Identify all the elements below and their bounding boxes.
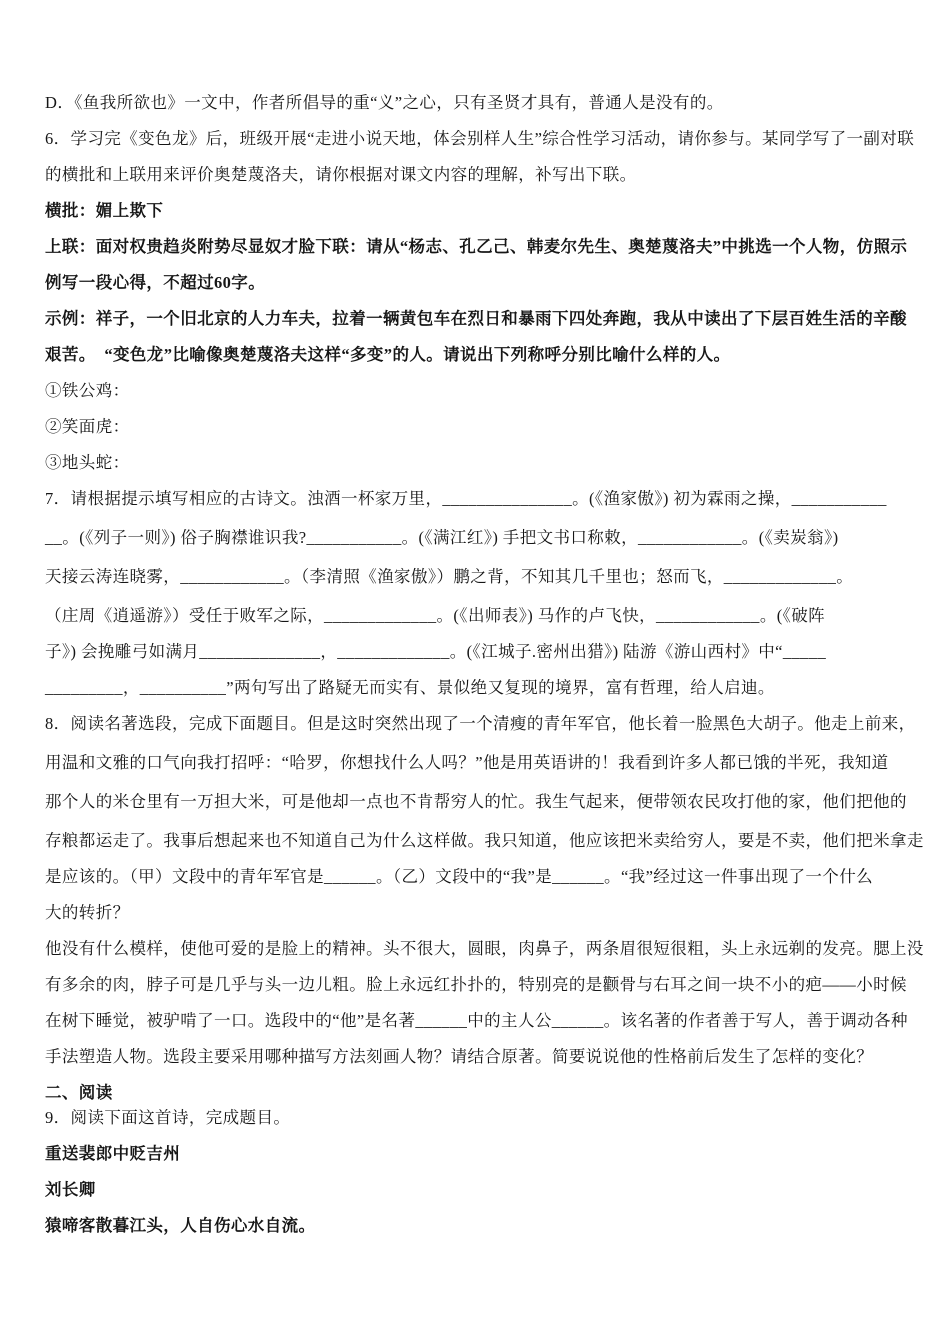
- q8-line-9: 在树下睡觉，被驴啃了一口。选段中的“他”是名著______中的主人公______…: [45, 1003, 920, 1039]
- q8-line-3: 那个人的米仓里有一万担大米，可是他却一点也不肯帮穷人的忙。我生气起来，便带领农民…: [45, 784, 920, 820]
- q8-line-2: 用温和文雅的口气向我打招呼：“哈罗，你想找什么人吗？”他是用英语讲的！我看到许多…: [45, 745, 920, 781]
- exam-page: D．《鱼我所欲也》一文中，作者所倡导的重“义”之心，只有圣贤才具有，普通人是没有…: [0, 0, 950, 1344]
- q6-hengpi: 横批：媚上欺下: [45, 193, 920, 229]
- q7-line-3: 天接云涛连晓雾，____________。（李清照《渔家傲》）鹏之背，不知其几千…: [45, 559, 920, 595]
- q6-stem-line-1: 6．学习完《变色龙》后，班级开展“走进小说天地，体会别样人生”综合性学习活动，请…: [45, 121, 920, 157]
- option-d: D．《鱼我所欲也》一文中，作者所倡导的重“义”之心，只有圣贤才具有，普通人是没有…: [45, 85, 920, 121]
- poem-title: 重送裴郎中贬吉州: [45, 1136, 920, 1172]
- poem-line-1: 猿啼客散暮江头，人自伤心水自流。: [45, 1208, 920, 1244]
- q8-line-10: 手法塑造人物。选段主要采用哪种描写方法刻画人物？请结合原著。简要说说他的性格前后…: [45, 1039, 920, 1075]
- q7-line-2: __。(《列子一则》) 俗子胸襟谁识我?___________。(《满江红》) …: [45, 520, 920, 556]
- exam-content: D．《鱼我所欲也》一文中，作者所倡导的重“义”之心，只有圣贤才具有，普通人是没有…: [45, 85, 920, 1244]
- q7-line-1: 7．请根据提示填写相应的古诗文。浊酒一杯家万里，_______________。…: [45, 481, 920, 517]
- q9-stem: 9．阅读下面这首诗，完成题目。: [45, 1100, 920, 1136]
- q7-line-5: 子》) 会挽雕弓如满月______________，_____________。…: [45, 634, 920, 670]
- q6-item-1: ①铁公鸡：: [45, 373, 920, 409]
- q7-line-4: （庄周《逍遥游》）受任于败军之际，_____________。(《出师表》) 马…: [45, 598, 920, 634]
- q6-item-2: ②笑面虎：: [45, 409, 920, 445]
- q6-shanglian-line-2: 例写一段心得，不超过60字。: [45, 265, 920, 301]
- q8-line-8: 有多余的肉，脖子可是几乎与头一边儿粗。脸上永远红扑扑的，特别亮的是颧骨与右耳之间…: [45, 967, 920, 1003]
- q8-line-5: 是应该的。（甲）文段中的青年军官是______。（乙）文段中的“我”是_____…: [45, 859, 920, 895]
- q8-line-1: 8．阅读名著选段，完成下面题目。但是这时突然出现了一个清瘦的青年军官，他长着一脸…: [45, 706, 920, 742]
- q8-line-4: 存粮都运走了。我事后想起来也不知道自己为什么这样做。我只知道，他应该把米卖给穷人…: [45, 823, 920, 859]
- q6-stem-line-2: 的横批和上联用来评价奥楚蔑洛夫，请你根据对课文内容的理解，补写出下联。: [45, 157, 920, 193]
- q6-example-line-1: 示例：祥子，一个旧北京的人力车夫，拉着一辆黄包车在烈日和暴雨下四处奔跑，我从中读…: [45, 301, 920, 337]
- q8-line-6: 大的转折？: [45, 895, 920, 931]
- q6-item-3: ③地头蛇：: [45, 445, 920, 481]
- poem-author: 刘长卿: [45, 1172, 920, 1208]
- q6-shanglian-line-1: 上联：面对权贵趋炎附势尽显奴才脸下联：请从“杨志、孔乙己、韩麦尔先生、奥楚蔑洛夫…: [45, 229, 920, 265]
- q7-line-6: _________，__________”两句写出了路疑无而实有、景似绝又复现的…: [45, 670, 920, 706]
- q6-example-line-2: 艰苦。 “变色龙”比喻像奥楚蔑洛夫这样“多变”的人。请说出下列称呼分别比喻什么样…: [45, 337, 920, 373]
- q8-line-7: 他没有什么模样，使他可爱的是脸上的精神。头不很大，圆眼，肉鼻子，两条眉很短很粗，…: [45, 931, 920, 967]
